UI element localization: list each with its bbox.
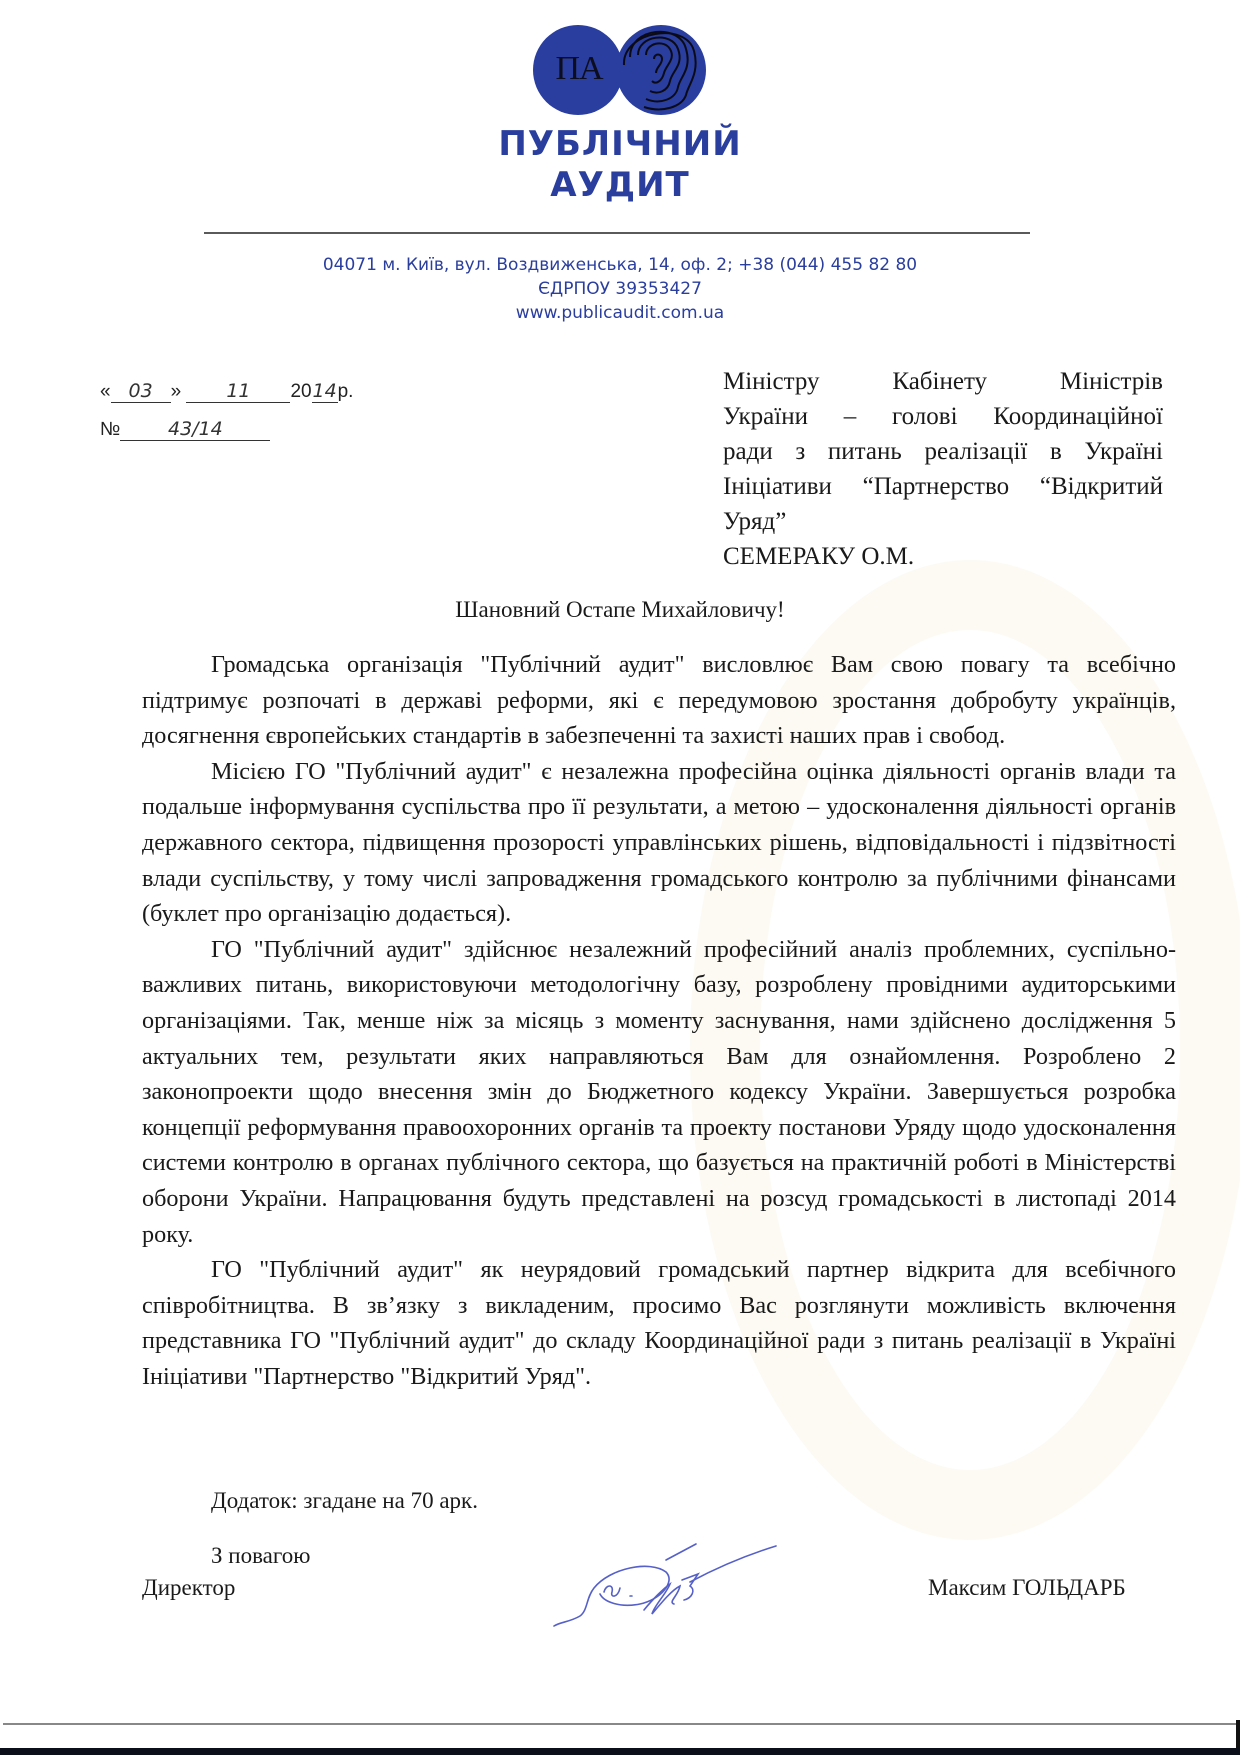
quote-close: »	[171, 381, 182, 402]
logo-monogram: ПА	[551, 50, 607, 88]
addressee-line: Міністру Кабінету Міністрів	[723, 364, 1163, 399]
body-paragraph: ГО "Публічний аудит" здійснює незалежний…	[142, 932, 1176, 1252]
header-divider	[204, 232, 1030, 234]
registration-number: №43/14	[100, 418, 270, 441]
page-edge-line	[3, 1723, 1240, 1725]
addressee-line: Уряд”	[723, 504, 1163, 539]
addressee-line: Ініціативи “Партнерство “Відкритий	[723, 469, 1163, 504]
attachment-note: Додаток: згадане на 70 арк.	[211, 1488, 478, 1514]
year-prefix: 20	[290, 381, 311, 402]
closing-regards: З повагою	[211, 1543, 310, 1569]
date-month: 11	[186, 380, 290, 403]
logo: ПА	[533, 25, 713, 115]
addressee-line: ради з питань реалізації в Україні	[723, 434, 1163, 469]
handwritten-signature-icon	[540, 1530, 800, 1640]
addressee-block: Міністру Кабінету Міністрів України – го…	[723, 364, 1163, 574]
year-unit: р.	[338, 381, 354, 402]
outgoing-number: 43/14	[120, 418, 270, 441]
fingerprint-ear-icon	[616, 25, 706, 115]
date-day: 03	[111, 380, 171, 403]
letter-body: Громадська організація "Публічний аудит"…	[142, 647, 1176, 1394]
brand-name: ПУБЛІЧНИЙ АУДИТ	[420, 124, 820, 206]
brand-line-2: АУДИТ	[420, 165, 820, 206]
number-label: №	[100, 419, 120, 440]
body-paragraph: Громадська організація "Публічний аудит"…	[142, 647, 1176, 754]
addressee-line: України – голові Координаційної	[723, 399, 1163, 434]
body-paragraph: Місією ГО "Публічний аудит" є незалежна …	[142, 754, 1176, 932]
addressee-name: СЕМЕРАКУ О.М.	[723, 539, 1163, 574]
website-link[interactable]: www.publicaudit.com.ua	[200, 301, 1040, 325]
address-line: 04071 м. Київ, вул. Воздвиженська, 14, о…	[200, 253, 1040, 277]
salutation: Шановний Остапе Михайловичу!	[0, 597, 1240, 623]
edrpou-code: ЄДРПОУ 39353427	[200, 277, 1040, 301]
scan-edge-right	[1236, 1720, 1240, 1750]
signer-position: Директор	[142, 1575, 235, 1601]
registration-date: «03» 112014р.	[100, 380, 353, 403]
scan-edge-bottom	[0, 1748, 1240, 1755]
contact-block: 04071 м. Київ, вул. Воздвиженська, 14, о…	[200, 253, 1040, 325]
letter-page: ПА ПУБЛІЧНИЙ АУДИТ 04071 м. Київ, вул. В…	[0, 0, 1240, 1755]
signer-name: Максим ГОЛЬДАРБ	[928, 1575, 1126, 1601]
date-year: 14	[312, 380, 338, 403]
body-paragraph: ГО "Публічний аудит" як неурядовий грома…	[142, 1252, 1176, 1394]
quote-open: «	[100, 381, 111, 402]
brand-line-1: ПУБЛІЧНИЙ	[420, 124, 820, 165]
